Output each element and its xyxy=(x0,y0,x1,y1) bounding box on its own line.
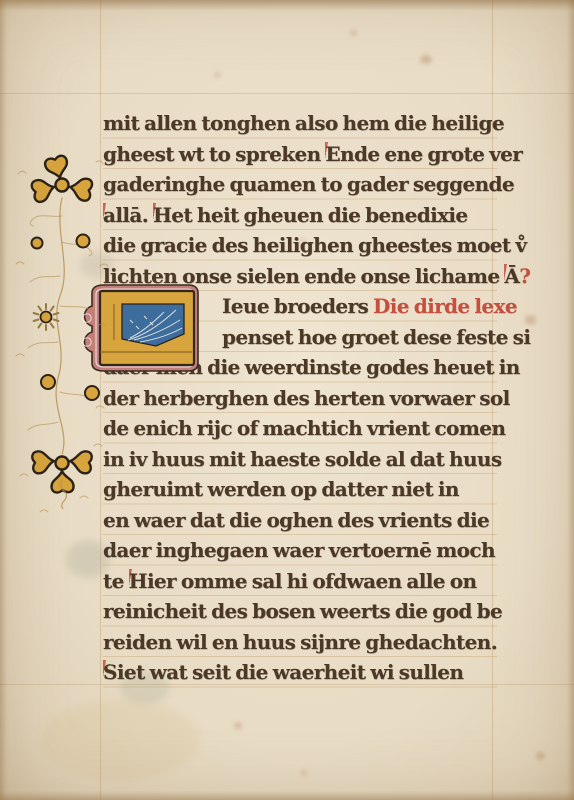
body-text: H xyxy=(129,569,147,593)
foxing-spot xyxy=(234,722,242,729)
stain-smudge xyxy=(40,700,200,780)
gold-trefoil-top-icon xyxy=(31,155,93,204)
body-text: Ieue broeders xyxy=(222,294,373,318)
text-line: de enich rijc of machtich vrient comen xyxy=(103,413,497,444)
body-text: iet wat seit die waerheit wi sullen xyxy=(117,660,464,684)
text-block: mit allen tonghen also hem die heiligegh… xyxy=(103,108,497,688)
text-line: allā. Het heit gheuen die benedixie xyxy=(103,200,497,231)
body-text: penset hoe groet dese feste si xyxy=(222,325,530,349)
body-text: der herberghen des herten vorwaer sol xyxy=(103,386,510,410)
foxing-spot xyxy=(420,55,432,64)
text-line: gaderinghe quamen to gader seggende xyxy=(103,169,497,200)
rubric-text: Die dirde lexe xyxy=(373,294,517,318)
body-text: H xyxy=(153,203,171,227)
body-text: reinicheit des bosen weerts die god be xyxy=(103,599,502,623)
foxing-spot xyxy=(350,30,357,36)
foxing-spot xyxy=(214,72,221,78)
text-line: reiden wil en huus sijnre ghedachten. xyxy=(103,627,497,658)
text-line: der herberghen des herten vorwaer sol xyxy=(103,383,497,414)
text-line: mit allen tonghen also hem die heilige xyxy=(103,108,497,139)
text-line: daer inghegaen waer vertoernē moch xyxy=(103,535,497,566)
body-text: en waer dat die oghen des vrients die xyxy=(103,508,489,532)
body-text: et heit gheuen die benedixie xyxy=(171,203,467,227)
ruling-line-horizontal-top xyxy=(0,93,574,94)
body-text: ier omme sal hi ofdwaen alle on xyxy=(147,569,477,593)
body-text: in iv huus mit haeste solde al dat huus xyxy=(103,447,502,471)
body-text: te xyxy=(103,569,129,593)
body-text: E xyxy=(325,142,340,166)
body-text: Ā xyxy=(504,264,519,288)
foxing-spot xyxy=(536,752,545,760)
body-text: nde ene grote ver xyxy=(340,142,522,166)
body-text: llā. xyxy=(115,203,153,227)
text-line: te Hier omme sal hi ofdwaen alle on xyxy=(103,566,497,597)
margin-floral-spray-icon xyxy=(10,146,114,536)
body-text: mit allen tonghen also hem die heilige xyxy=(103,111,504,135)
body-text: gheruimt werden op datter niet in xyxy=(103,477,459,501)
foxing-spot xyxy=(300,770,307,776)
body-text: die gracie des heilighen gheestes moet v… xyxy=(103,233,526,257)
text-line: Siet wat seit die waerheit wi sullen xyxy=(103,657,497,688)
body-text: reiden wil en huus sijnre ghedachten. xyxy=(103,630,497,654)
text-line: gheruimt werden op datter niet in xyxy=(103,474,497,505)
text-line: in iv huus mit haeste solde al dat huus xyxy=(103,444,497,475)
body-text: S xyxy=(103,660,117,684)
text-line: reinicheit des bosen weerts die god be xyxy=(103,596,497,627)
body-text: daer inghegaen waer vertoernē moch xyxy=(103,538,495,562)
body-text: de enich rijc of machtich vrient comen xyxy=(103,416,505,440)
text-line: en waer dat die oghen des vrients die xyxy=(103,505,497,536)
gold-rosette-icon xyxy=(34,304,59,330)
text-line: gheest wt to spreken Ende ene grote ver xyxy=(103,139,497,170)
text-line: die gracie des heilighen gheestes moet v… xyxy=(103,230,497,261)
gold-trefoil-bottom-icon xyxy=(32,450,92,509)
rubric-text: ? xyxy=(519,264,530,288)
manuscript-page: mit allen tonghen also hem die heiligegh… xyxy=(0,0,574,800)
body-text: gaderinghe quamen to gader seggende xyxy=(103,172,514,196)
body-text: gheest wt to spreken xyxy=(103,142,325,166)
